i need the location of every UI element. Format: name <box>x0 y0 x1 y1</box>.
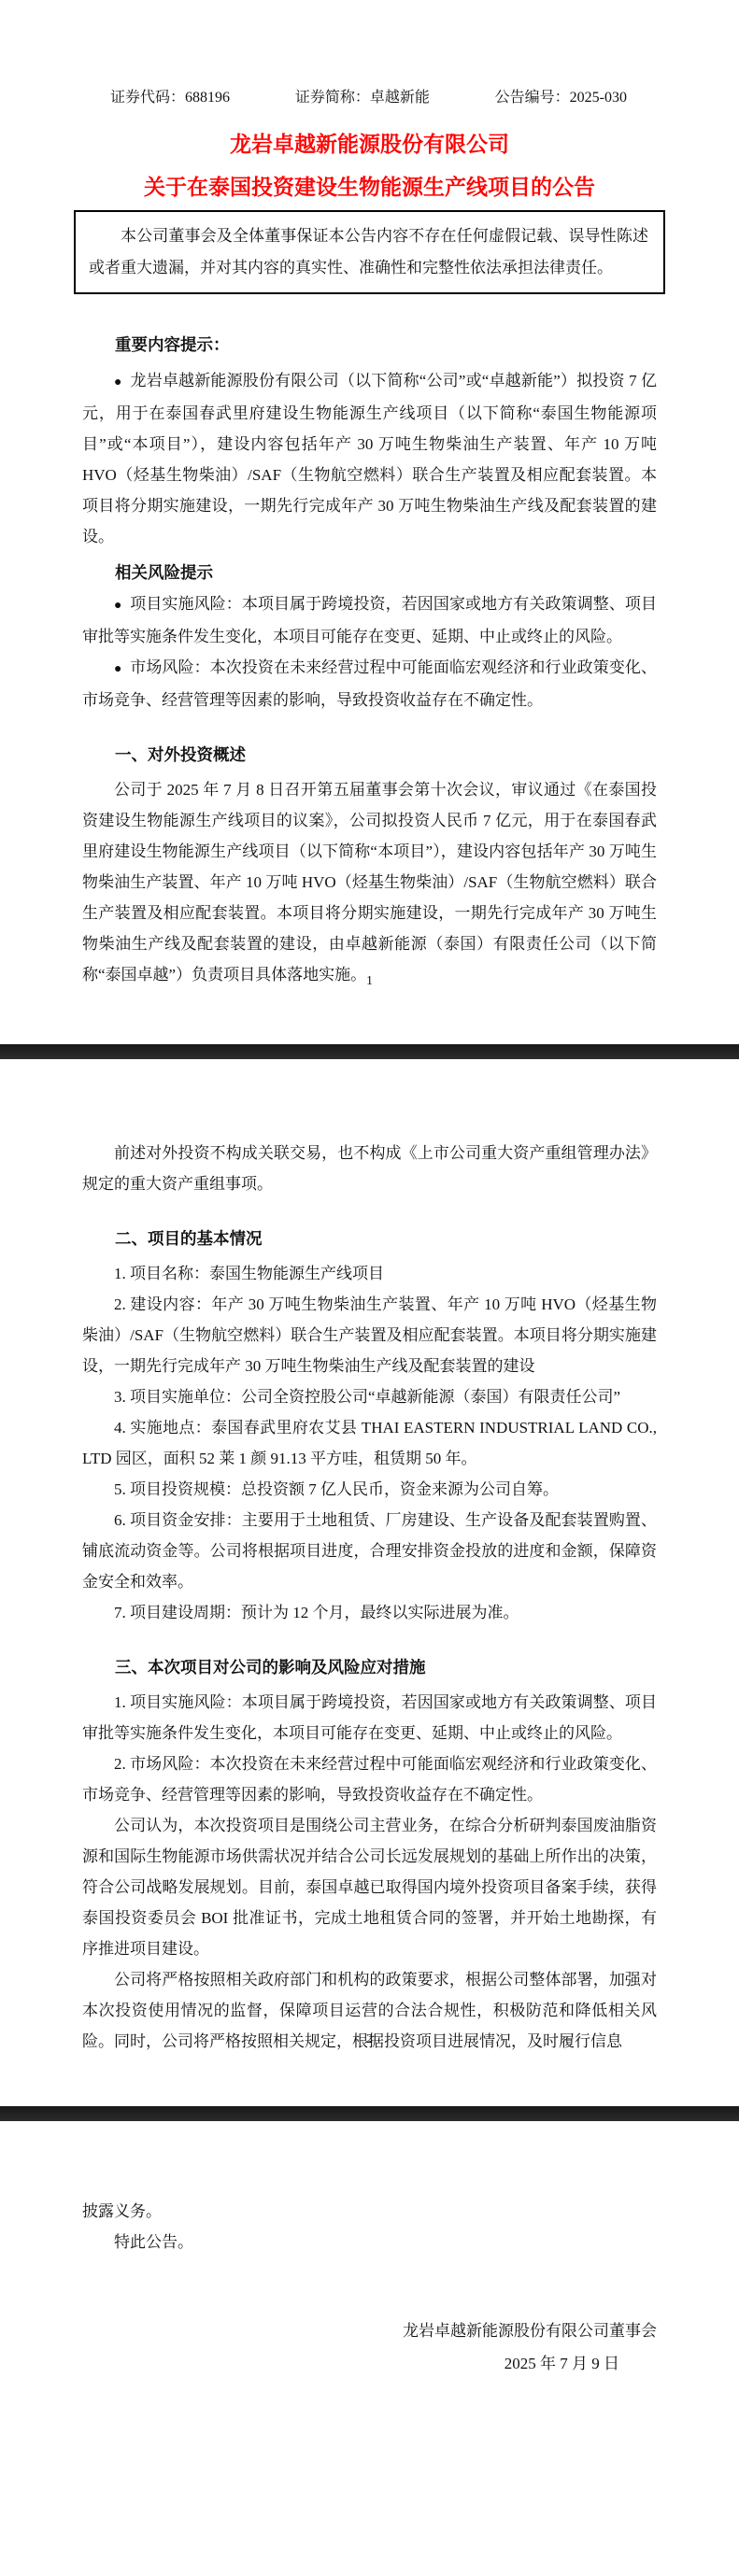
section-1-heading: 一、对外投资概述 <box>82 740 657 771</box>
closing-statement: 特此公告。 <box>82 2227 657 2258</box>
construction-content-item: 2. 建设内容：年产 30 万吨生物柴油生产装置、年产 10 万吨 HVO（烃基… <box>82 1289 657 1381</box>
risk-bullet-implementation: ● 项目实施风险：本项目属于跨境投资，若因国家或地方有关政策调整、项目审批等实施… <box>82 588 657 652</box>
important-notice-heading: 重要内容提示： <box>82 330 657 361</box>
page-2-content: 前述对外投资不构成关联交易，也不构成《上市公司重大资产重组管理办法》规定的重大资… <box>82 1059 657 2057</box>
page-3: 披露义务。 特此公告。 龙岩卓越新能源股份有限公司董事会 2025 年 7 月 … <box>0 2121 739 2576</box>
risk-notice-heading: 相关风险提示 <box>82 558 657 588</box>
section-3-risk-1: 1. 项目实施风险：本项目属于跨境投资，若因国家或地方有关政策调整、项目审批等实… <box>82 1687 657 1748</box>
stock-code-label: 证券代码： <box>110 90 185 106</box>
important-notice-bullet-text: 龙岩卓越新能源股份有限公司（以下简称“公司”或“卓越新能”）拟投资 7 亿元，用… <box>82 372 657 545</box>
section-2-heading: 二、项目的基本情况 <box>82 1224 657 1254</box>
stock-name-label: 证券简称： <box>295 90 370 106</box>
board-declaration-box: 本公司董事会及全体董事保证本公告内容不存在任何虚假记载、误导性陈述或者重大遗漏，… <box>74 210 665 294</box>
bullet-icon: ● <box>114 662 122 676</box>
bullet-icon: ● <box>114 599 122 613</box>
stock-name-value: 卓越新能 <box>370 90 430 106</box>
announcement-number-value: 2025-030 <box>570 90 627 106</box>
risk-bullet-market-text: 市场风险：本次投资在未来经营过程中可能面临宏观经济和行业政策变化、市场竞争、经营… <box>82 658 657 709</box>
construction-period-item: 7. 项目建设周期：预计为 12 个月，最终以实际进展为准。 <box>82 1597 657 1628</box>
securities-meta-row: 证券代码：688196 证券简称：卓越新能 公告编号：2025-030 <box>110 0 627 110</box>
board-signature: 龙岩卓越新能源股份有限公司董事会 <box>0 2315 739 2346</box>
board-declaration-text: 本公司董事会及全体董事保证本公告内容不存在任何虚假记载、误导性陈述或者重大遗漏，… <box>89 220 648 284</box>
stock-code: 证券代码：688196 <box>110 86 230 110</box>
page-break-bar <box>0 1044 739 1059</box>
fund-arrangement-item: 6. 项目资金安排：主要用于土地租赁、厂房建设、生产设备及配套装置购置、铺底流动… <box>82 1505 657 1597</box>
announcement-title: 关于在泰国投资建设生物能源生产线项目的公告 <box>0 173 739 201</box>
risk-bullet-market: ● 市场风险：本次投资在未来经营过程中可能面临宏观经济和行业政策变化、市场竞争、… <box>82 652 657 715</box>
section-3-risk-2: 2. 市场风险：本次投资在未来经营过程中可能面临宏观经济和行业政策变化、市场竞争… <box>82 1748 657 1810</box>
project-name-item: 1. 项目名称：泰国生物能源生产线项目 <box>82 1258 657 1289</box>
announcement-date: 2025 年 7 月 9 日 <box>0 2348 739 2379</box>
no-restructuring-paragraph: 前述对外投资不构成关联交易，也不构成《上市公司重大资产重组管理办法》规定的重大资… <box>82 1138 657 1199</box>
page-number-2: 2 <box>0 2031 739 2048</box>
announcement-number-label: 公告编号： <box>495 90 570 106</box>
location-item: 4. 实施地点：泰国春武里府农艾县 THAI EASTERN INDUSTRIA… <box>82 1412 657 1474</box>
announcement-number: 公告编号：2025-030 <box>495 86 627 110</box>
page-number-1: 1 <box>0 973 739 990</box>
announcement-document: 证券代码：688196 证券简称：卓越新能 公告编号：2025-030 龙岩卓越… <box>0 0 739 2576</box>
section-3-rationale-paragraph: 公司认为，本次投资项目是围绕公司主营业务，在综合分析研判泰国废油脂资源和国际生物… <box>82 1810 657 1964</box>
investment-scale-item: 5. 项目投资规模：总投资额 7 亿人民币，资金来源为公司自筹。 <box>82 1474 657 1505</box>
disclosure-continuation-text: 披露义务。 <box>82 2121 657 2227</box>
important-notice-bullet: ● 龙岩卓越新能源股份有限公司（以下简称“公司”或“卓越新能”）拟投资 7 亿元… <box>82 365 657 552</box>
section-3-heading: 三、本次项目对公司的影响及风险应对措施 <box>82 1652 657 1683</box>
company-title: 龙岩卓越新能源股份有限公司 <box>0 130 739 158</box>
page-1: 证券代码：688196 证券简称：卓越新能 公告编号：2025-030 龙岩卓越… <box>0 0 739 1044</box>
page-1-content: 重要内容提示： ● 龙岩卓越新能源股份有限公司（以下简称“公司”或“卓越新能”）… <box>82 330 657 990</box>
stock-name: 证券简称：卓越新能 <box>295 86 430 110</box>
page-3-content: 披露义务。 特此公告。 <box>82 2121 657 2258</box>
page-break-bar <box>0 2106 739 2121</box>
implementing-entity-item: 3. 项目实施单位：公司全资控股公司“卓越新能源（泰国）有限责任公司” <box>82 1381 657 1412</box>
bullet-icon: ● <box>114 375 122 389</box>
risk-bullet-implementation-text: 项目实施风险：本项目属于跨境投资，若因国家或地方有关政策调整、项目审批等实施条件… <box>82 595 657 645</box>
stock-code-value: 688196 <box>185 90 230 106</box>
section-1-paragraph: 公司于 2025 年 7 月 8 日召开第五届董事会第十次会议，审议通过《在泰国… <box>82 774 657 990</box>
page-2: 前述对外投资不构成关联交易，也不构成《上市公司重大资产重组管理办法》规定的重大资… <box>0 1059 739 2106</box>
